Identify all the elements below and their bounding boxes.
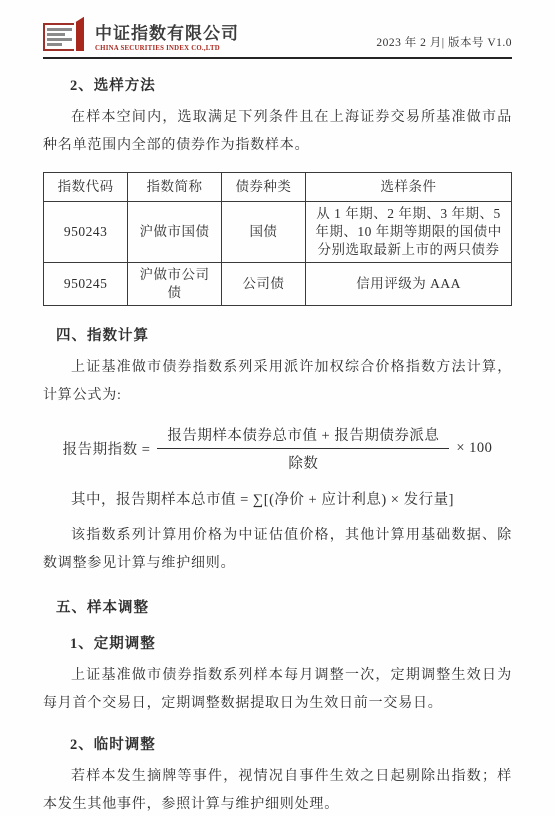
cell-criteria: 信用评级为 AAA <box>306 263 512 306</box>
index-formula: 报告期指数 = 报告期样本债券总市值 + 报告期债券派息 除数 × 100 <box>43 424 512 473</box>
formula-fraction: 报告期样本债券总市值 + 报告期债券派息 除数 <box>157 424 449 473</box>
table-header-row: 指数代码 指数简称 债券种类 选样条件 <box>44 173 512 202</box>
document-page: 中证指数有限公司 CHINA SECURITIES INDEX CO.,LTD … <box>0 0 555 816</box>
calculation-note-paragraph: 该指数系列计算用价格为中证估值价格，其他计算用基础数据、除数调整参见计算与维护细… <box>43 522 512 578</box>
index-criteria-table: 指数代码 指数简称 债券种类 选样条件 950243 沪做市国债 国债 从 1 … <box>43 172 512 306</box>
company-name-en: CHINA SECURITIES INDEX CO.,LTD <box>95 45 239 52</box>
cell-criteria: 从 1 年期、2 年期、3 年期、5 年期、10 年期等期限的国债中分别选取最新… <box>306 202 512 263</box>
col-header-index-name: 指数简称 <box>128 173 222 202</box>
formula-lhs: 报告期指数 = <box>63 438 151 459</box>
heading-selection-method: 2、选样方法 <box>70 74 512 95</box>
csi-logo-icon <box>43 16 89 52</box>
page-header: 中证指数有限公司 CHINA SECURITIES INDEX CO.,LTD … <box>43 16 512 59</box>
table-row: 950245 沪做市公司债 公司债 信用评级为 AAA <box>44 263 512 306</box>
cell-index-name: 沪做市公司债 <box>128 263 222 306</box>
selection-paragraph: 在样本空间内，选取满足下列条件且在上海证券交易所基准做市品种名单范围内全部的债券… <box>43 104 512 160</box>
cell-index-code: 950243 <box>44 202 128 263</box>
logo-ledger-box <box>43 23 76 51</box>
col-header-criteria: 选样条件 <box>306 173 512 202</box>
formula-multiplier: × 100 <box>456 440 492 457</box>
formula-denominator: 除数 <box>288 449 318 473</box>
cell-bond-type: 公司债 <box>221 263 305 306</box>
logo-candle-bar <box>74 16 84 51</box>
periodic-adjustment-paragraph: 上证基准做市债券指数系列样本每月调整一次，定期调整生效日为每月首个交易日，定期调… <box>43 662 512 718</box>
table-row: 950243 沪做市国债 国债 从 1 年期、2 年期、3 年期、5 年期、10… <box>44 202 512 263</box>
date-version-label: 2023 年 2 月| 版本号 V1.0 <box>376 34 512 52</box>
heading-adhoc-adjustment: 2、临时调整 <box>70 733 512 754</box>
cell-bond-type: 国债 <box>221 202 305 263</box>
company-name-cn: 中证指数有限公司 <box>95 25 239 44</box>
heading-index-calculation: 四、指数计算 <box>56 324 512 345</box>
market-value-formula: 其中，报告期样本总市值 = ∑[(净价 + 应计利息) × 发行量] <box>71 487 512 513</box>
col-header-bond-type: 债券种类 <box>221 173 305 202</box>
brand-text: 中证指数有限公司 CHINA SECURITIES INDEX CO.,LTD <box>95 25 239 52</box>
col-header-index-code: 指数代码 <box>44 173 128 202</box>
formula-numerator: 报告期样本债券总市值 + 报告期债券派息 <box>157 424 449 449</box>
cell-index-code: 950245 <box>44 263 128 306</box>
company-brand: 中证指数有限公司 CHINA SECURITIES INDEX CO.,LTD <box>43 16 239 52</box>
cell-index-name: 沪做市国债 <box>128 202 222 263</box>
heading-periodic-adjustment: 1、定期调整 <box>70 632 512 653</box>
adhoc-adjustment-paragraph: 若样本发生摘牌等事件，视情况自事件生效之日起剔除出指数；样本发生其他事件，参照计… <box>43 763 512 816</box>
heading-sample-adjustment: 五、样本调整 <box>56 596 512 617</box>
calculation-intro-paragraph: 上证基准做市债券指数系列采用派许加权综合价格指数方法计算，计算公式为: <box>43 354 512 410</box>
